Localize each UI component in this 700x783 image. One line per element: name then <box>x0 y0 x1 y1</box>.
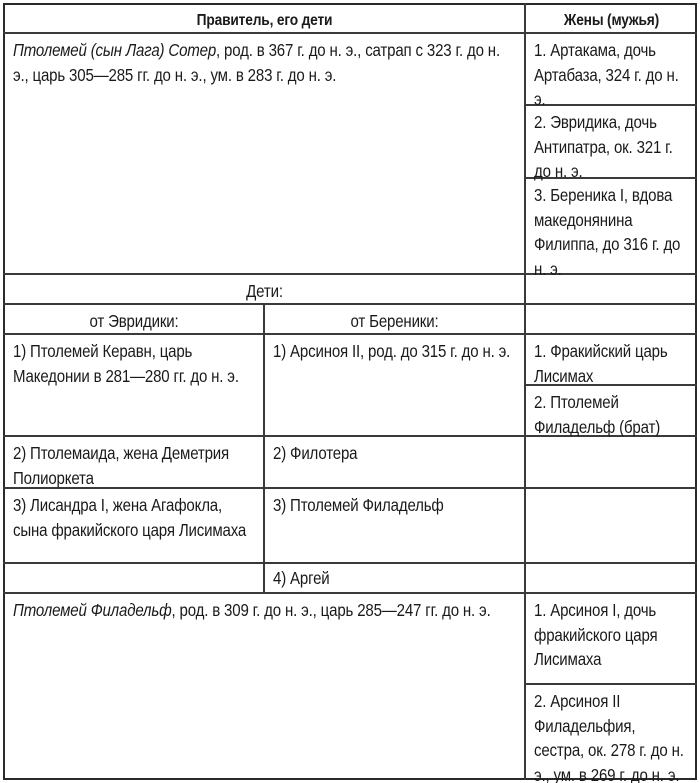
ruler-2-info: Птолемей Филадельф, род. в 309 г. до н. … <box>5 594 524 627</box>
child-eurydice-3: 3) Лисандра I, жена Агафокла, сына фраки… <box>5 489 263 546</box>
child-berenice-4: 4) Аргей <box>265 564 524 595</box>
ruler-1-wife-2: 2. Эвридика, дочь Антипатра, ок. 321 г. … <box>526 106 697 188</box>
ruler-1-wife-3: 3. Береника I, вдова македонянина Филипп… <box>526 179 697 285</box>
child-berenice-3: 3) Птолемей Филадельф <box>265 489 524 522</box>
from-eurydice-label: от Эвридики: <box>5 305 263 333</box>
child-berenice-2: 2) Филотера <box>265 437 524 470</box>
child-spouse-2: 2. Птолемей Филадельф (брат) <box>526 386 697 443</box>
children-label: Дети: <box>5 275 524 303</box>
header-ruler: Правитель, его дети <box>5 5 524 32</box>
ruler-1-info: Птолемей (сын Лага) Сотер, род. в 367 г.… <box>5 34 524 91</box>
child-eurydice-2: 2) Птолемаида, жена Деметрия Полиоркета <box>5 437 263 494</box>
child-spouse-1: 1. Фракийский царь Лисимах <box>526 335 697 392</box>
header-spouses: Жены (мужья) <box>526 5 697 32</box>
ruler-1-wife-1: 1. Артакама, дочь Артабаза, 324 г. до н.… <box>526 34 697 116</box>
ruler-1-name: Птолемей (сын Лага) Сотер <box>13 40 216 60</box>
ruler-2-name: Птолемей Филадельф <box>13 600 172 620</box>
ruler-2-wife-2: 2. Арсиноя II Филадельфия, сестра, ок. 2… <box>526 685 697 783</box>
ruler-2-description: , род. в 309 г. до н. э., царь 285—247 г… <box>172 600 491 620</box>
child-berenice-1: 1) Арсиноя II, род. до 315 г. до н. э. <box>265 335 524 368</box>
child-eurydice-1: 1) Птолемей Керавн, царь Македонии в 281… <box>5 335 263 392</box>
ruler-2-wife-1: 1. Арсиноя I, дочь фракийского царя Лиси… <box>526 594 697 676</box>
from-berenice-label: от Береники: <box>265 305 524 333</box>
